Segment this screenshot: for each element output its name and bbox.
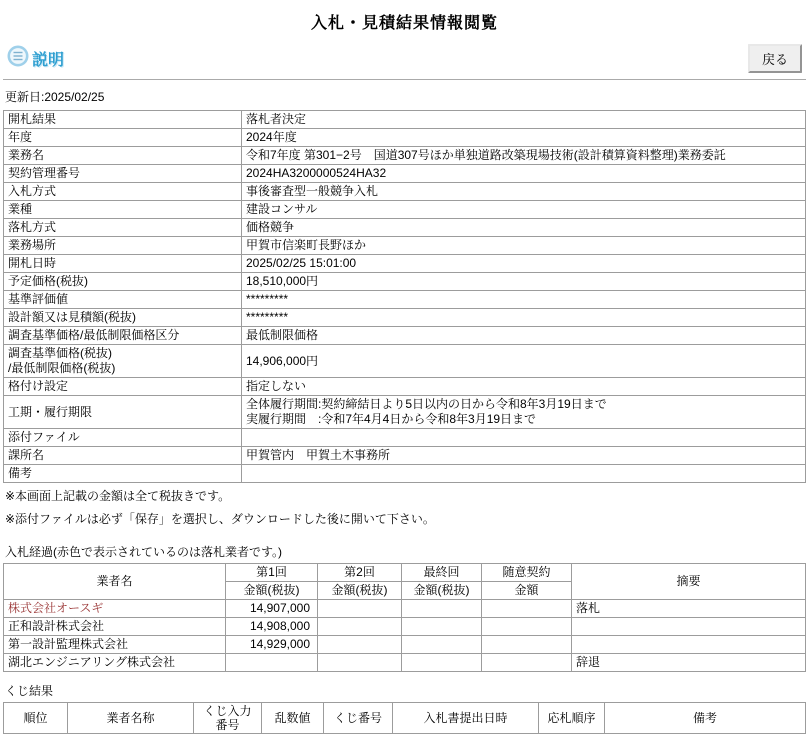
table-row: 正和設計株式会社 14,908,000 <box>4 618 806 636</box>
detail-value: 14,906,000円 <box>242 345 806 378</box>
detail-label: 開札日時 <box>4 255 242 273</box>
detail-value: 建設コンサル <box>242 201 806 219</box>
col-header-final: 最終回 <box>402 564 482 582</box>
bid-amount-final <box>402 618 482 636</box>
col-header-negotiated: 随意契約 <box>482 564 572 582</box>
detail-value: 甲賀管内 甲賀土木事務所 <box>242 447 806 465</box>
bid-history-table: 業者名 第1回 第2回 最終回 随意契約 摘要 金額(税抜) 金額(税抜) 金額… <box>3 563 806 672</box>
col-subheader-amount1: 金額(税抜) <box>226 582 318 600</box>
col-subheader-amount2: 金額(税抜) <box>318 582 402 600</box>
back-button[interactable]: 戻る <box>748 44 802 73</box>
detail-label: 課所名 <box>4 447 242 465</box>
bid-header-row-1: 業者名 第1回 第2回 最終回 随意契約 摘要 <box>4 564 806 582</box>
note-attachment: ※添付ファイルは必ず「保存」を選択し、ダウンロードした後に開いて下さい。 <box>5 510 806 529</box>
col-header-rank: 順位 <box>4 703 68 734</box>
detail-value: ********* <box>242 309 806 327</box>
bid-amount-round2 <box>318 654 402 672</box>
detail-value: ********* <box>242 291 806 309</box>
col-header-round1: 第1回 <box>226 564 318 582</box>
detail-value: 18,510,000円 <box>242 273 806 291</box>
details-table: 開札結果落札者決定 年度2024年度 業務名令和7年度 第301−2号 国道30… <box>3 110 806 483</box>
explain-button[interactable]: 説明 <box>7 45 64 72</box>
note-tax: ※本画面上記載の金額は全て税抜きです。 <box>5 487 806 506</box>
bid-amount-round1: 14,929,000 <box>226 636 318 654</box>
bidder-name: 株式会社オースギ <box>4 600 226 618</box>
col-header-lot-no: くじ番号 <box>324 703 393 734</box>
detail-label: 調査基準価格/最低制限価格区分 <box>4 327 242 345</box>
explain-label: 説明 <box>32 47 64 70</box>
details-row: 業務名令和7年度 第301−2号 国道307号ほか単独道路改築現場技術(設計積算… <box>4 147 806 165</box>
details-row: 開札日時2025/02/25 15:01:00 <box>4 255 806 273</box>
lottery-header-row: 順位 業者名称 くじ入力番号 乱数値 くじ番号 入札書提出日時 応札順序 備考 <box>4 703 806 734</box>
bid-amount-negotiated <box>482 600 572 618</box>
col-header-company: 業者名称 <box>68 703 194 734</box>
detail-value: 2024HA3200000524HA32 <box>242 165 806 183</box>
bid-amount-round1: 14,907,000 <box>226 600 318 618</box>
details-row: 年度2024年度 <box>4 129 806 147</box>
bid-amount-final <box>402 636 482 654</box>
details-row: 課所名甲賀管内 甲賀土木事務所 <box>4 447 806 465</box>
bidder-name: 正和設計株式会社 <box>4 618 226 636</box>
details-row: 調査基準価格/最低制限価格区分最低制限価格 <box>4 327 806 345</box>
col-header-remark: 摘要 <box>572 564 806 600</box>
bid-amount-round2 <box>318 600 402 618</box>
bid-remark: 辞退 <box>572 654 806 672</box>
bid-remark <box>572 636 806 654</box>
detail-label: 基準評価値 <box>4 291 242 309</box>
detail-label: 工期・履行期限 <box>4 396 242 429</box>
detail-value: 全体履行期間:契約締結日より5日以内の日から令和8年3月19日まで 実履行期間 … <box>242 396 806 429</box>
detail-value: 最低制限価格 <box>242 327 806 345</box>
bid-amount-negotiated <box>482 618 572 636</box>
bid-remark <box>572 618 806 636</box>
details-row: 工期・履行期限全体履行期間:契約締結日より5日以内の日から令和8年3月19日まで… <box>4 396 806 429</box>
table-row: 株式会社オースギ 14,907,000 落札 <box>4 600 806 618</box>
details-row: 備考 <box>4 465 806 483</box>
detail-value: 甲賀市信楽町長野ほか <box>242 237 806 255</box>
details-row: 添付ファイル <box>4 429 806 447</box>
bid-amount-round1: 14,908,000 <box>226 618 318 636</box>
detail-value: 落札者決定 <box>242 111 806 129</box>
details-row: 業種建設コンサル <box>4 201 806 219</box>
details-row: 設計額又は見積額(税抜)********* <box>4 309 806 327</box>
page-root: 入札・見積結果情報閲覧 説明 戻る 更新日:2025/02/25 開札結果落札者… <box>0 0 809 738</box>
col-header-bidder: 業者名 <box>4 564 226 600</box>
col-header-random-value: 乱数値 <box>262 703 324 734</box>
header-divider <box>3 79 806 80</box>
detail-value: 価格競争 <box>242 219 806 237</box>
details-row: 契約管理番号2024HA3200000524HA32 <box>4 165 806 183</box>
details-row: 基準評価値********* <box>4 291 806 309</box>
bid-amount-round2 <box>318 618 402 636</box>
detail-value: 事後審査型一般競争入札 <box>242 183 806 201</box>
page-title: 入札・見積結果情報閲覧 <box>3 10 806 33</box>
col-header-lot-input-no: くじ入力番号 <box>194 703 262 734</box>
detail-value: 令和7年度 第301−2号 国道307号ほか単独道路改築現場技術(設計積算資料整… <box>242 147 806 165</box>
detail-label: 業種 <box>4 201 242 219</box>
detail-value <box>242 465 806 483</box>
bid-amount-negotiated <box>482 654 572 672</box>
col-header-round2: 第2回 <box>318 564 402 582</box>
detail-label: 調査基準価格(税抜) /最低制限価格(税抜) <box>4 345 242 378</box>
table-row: 湖北エンジニアリング株式会社 辞退 <box>4 654 806 672</box>
detail-label: 設計額又は見積額(税抜) <box>4 309 242 327</box>
detail-label: 開札結果 <box>4 111 242 129</box>
col-header-bid-order: 応札順序 <box>539 703 605 734</box>
details-row: 落札方式価格競争 <box>4 219 806 237</box>
detail-value <box>242 429 806 447</box>
detail-value: 指定しない <box>242 378 806 396</box>
table-row: 第一設計監理株式会社 14,929,000 <box>4 636 806 654</box>
bidder-name: 第一設計監理株式会社 <box>4 636 226 654</box>
details-row: 調査基準価格(税抜) /最低制限価格(税抜)14,906,000円 <box>4 345 806 378</box>
details-row: 入札方式事後審査型一般競争入札 <box>4 183 806 201</box>
details-row: 格付け設定指定しない <box>4 378 806 396</box>
col-header-remarks: 備考 <box>605 703 806 734</box>
detail-label: 予定価格(税抜) <box>4 273 242 291</box>
bid-amount-round2 <box>318 636 402 654</box>
col-subheader-amount4: 金額 <box>482 582 572 600</box>
detail-value: 2024年度 <box>242 129 806 147</box>
detail-label: 業務場所 <box>4 237 242 255</box>
col-header-submit-datetime: 入札書提出日時 <box>393 703 539 734</box>
header-bar: 説明 戻る <box>3 43 806 73</box>
bid-amount-round1 <box>226 654 318 672</box>
lottery-caption: くじ結果 <box>5 682 806 699</box>
updated-date: 更新日:2025/02/25 <box>5 88 806 105</box>
bid-amount-final <box>402 600 482 618</box>
detail-label: 入札方式 <box>4 183 242 201</box>
bidder-name: 湖北エンジニアリング株式会社 <box>4 654 226 672</box>
detail-value: 2025/02/25 15:01:00 <box>242 255 806 273</box>
col-subheader-amount3: 金額(税抜) <box>402 582 482 600</box>
detail-label: 業務名 <box>4 147 242 165</box>
details-row: 開札結果落札者決定 <box>4 111 806 129</box>
detail-label: 契約管理番号 <box>4 165 242 183</box>
lottery-table: 順位 業者名称 くじ入力番号 乱数値 くじ番号 入札書提出日時 応札順序 備考 <box>3 702 806 734</box>
detail-label: 落札方式 <box>4 219 242 237</box>
bid-amount-final <box>402 654 482 672</box>
bid-history-caption: 入札経過(赤色で表示されているのは落札業者です。) <box>5 543 806 560</box>
document-icon <box>7 45 29 72</box>
detail-label: 添付ファイル <box>4 429 242 447</box>
detail-label: 年度 <box>4 129 242 147</box>
bid-remark: 落札 <box>572 600 806 618</box>
details-row: 予定価格(税抜)18,510,000円 <box>4 273 806 291</box>
detail-label: 格付け設定 <box>4 378 242 396</box>
bid-amount-negotiated <box>482 636 572 654</box>
detail-label: 備考 <box>4 465 242 483</box>
details-row: 業務場所甲賀市信楽町長野ほか <box>4 237 806 255</box>
